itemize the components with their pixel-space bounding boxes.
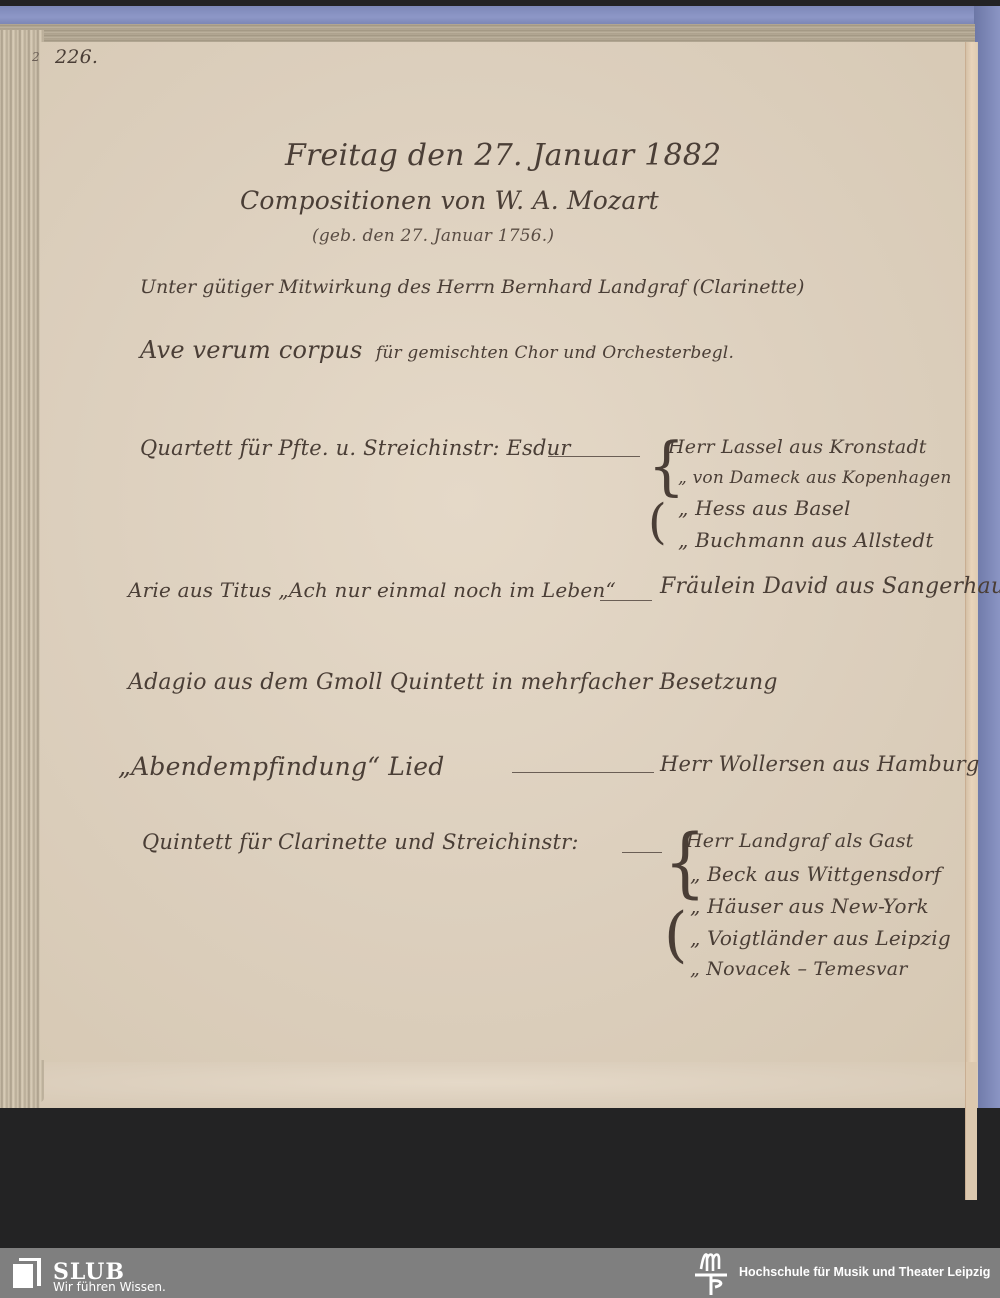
page-gutter <box>965 42 977 1207</box>
divider-dash <box>548 456 640 457</box>
program-item-title: Ave verum corpus <box>140 336 363 364</box>
divider-dash <box>512 772 654 773</box>
scan-background-bottom <box>0 1108 1000 1248</box>
program-item-title: Adagio aus dem Gmoll Quintett in mehrfac… <box>128 670 778 695</box>
slub-book-icon <box>13 1258 41 1288</box>
program-item: Ave verum corpus für gemischten Chor und… <box>140 336 734 364</box>
performer: Herr Landgraf als Gast <box>686 830 914 852</box>
concert-subtitle: Compositionen von W. A. Mozart <box>240 186 659 215</box>
manuscript-scan: 2 226. Freitag den 27. Januar 1882 Compo… <box>0 0 1000 1248</box>
divider-dash <box>600 600 652 601</box>
page-stack-left <box>0 30 44 1110</box>
performer: „ Novacek – Temesvar <box>690 958 908 980</box>
brace-icon: ( <box>664 900 687 970</box>
performer: Fräulein David aus Sangerhausen <box>660 574 1000 599</box>
performer: „ Voigtländer aus Leipzig <box>690 926 951 950</box>
program-item-title: „Abendempfindung“ Lied <box>118 752 445 781</box>
page-number: 226. <box>55 46 98 68</box>
hmt-logo-text[interactable]: Hochschule für Musik und Theater Leipzig <box>739 1266 990 1279</box>
composer-birth-note: (geb. den 27. Januar 1756.) <box>312 226 554 246</box>
slub-tagline: Wir führen Wissen. <box>53 1281 166 1293</box>
brace-icon: ( <box>648 494 667 550</box>
performer: „ von Dameck aus Kopenhagen <box>678 468 952 488</box>
page-stack-left-bottom <box>0 1060 44 1102</box>
program-item-title: Quintett für Clarinette und Streichinstr… <box>142 830 579 854</box>
cooperation-note: Unter gütiger Mitwirkung des Herrn Bernh… <box>140 276 804 298</box>
performer: „ Häuser aus New-York <box>690 894 929 918</box>
performer: Herr Lassel aus Kronstadt <box>668 436 927 458</box>
page-number-margin: 2 <box>32 50 40 64</box>
manuscript-page-bottom <box>40 1062 978 1108</box>
performer: „ Hess aus Basel <box>678 496 851 520</box>
performer: „ Beck aus Wittgensdorf <box>690 862 941 886</box>
program-item-title: Arie aus Titus „Ach nur einmal noch im L… <box>128 578 616 602</box>
page-gutter-bottom <box>965 1062 977 1200</box>
performer: „ Buchmann aus Allstedt <box>678 528 934 552</box>
program-item-detail: für gemischten Chor und Orchesterbegl. <box>376 343 734 363</box>
hmt-monogram-icon <box>693 1249 729 1297</box>
divider-dash <box>622 852 662 853</box>
program-item-title: Quartett für Pfte. u. Streichinstr: Esdu… <box>140 436 571 460</box>
footer-bar: SLUB Wir führen Wissen. Hochschule für M… <box>0 1248 1000 1298</box>
performer: Herr Wollersen aus Hamburg <box>660 752 980 776</box>
concert-date-title: Freitag den 27. Januar 1882 <box>285 138 721 173</box>
book-cover-top <box>0 6 1000 26</box>
